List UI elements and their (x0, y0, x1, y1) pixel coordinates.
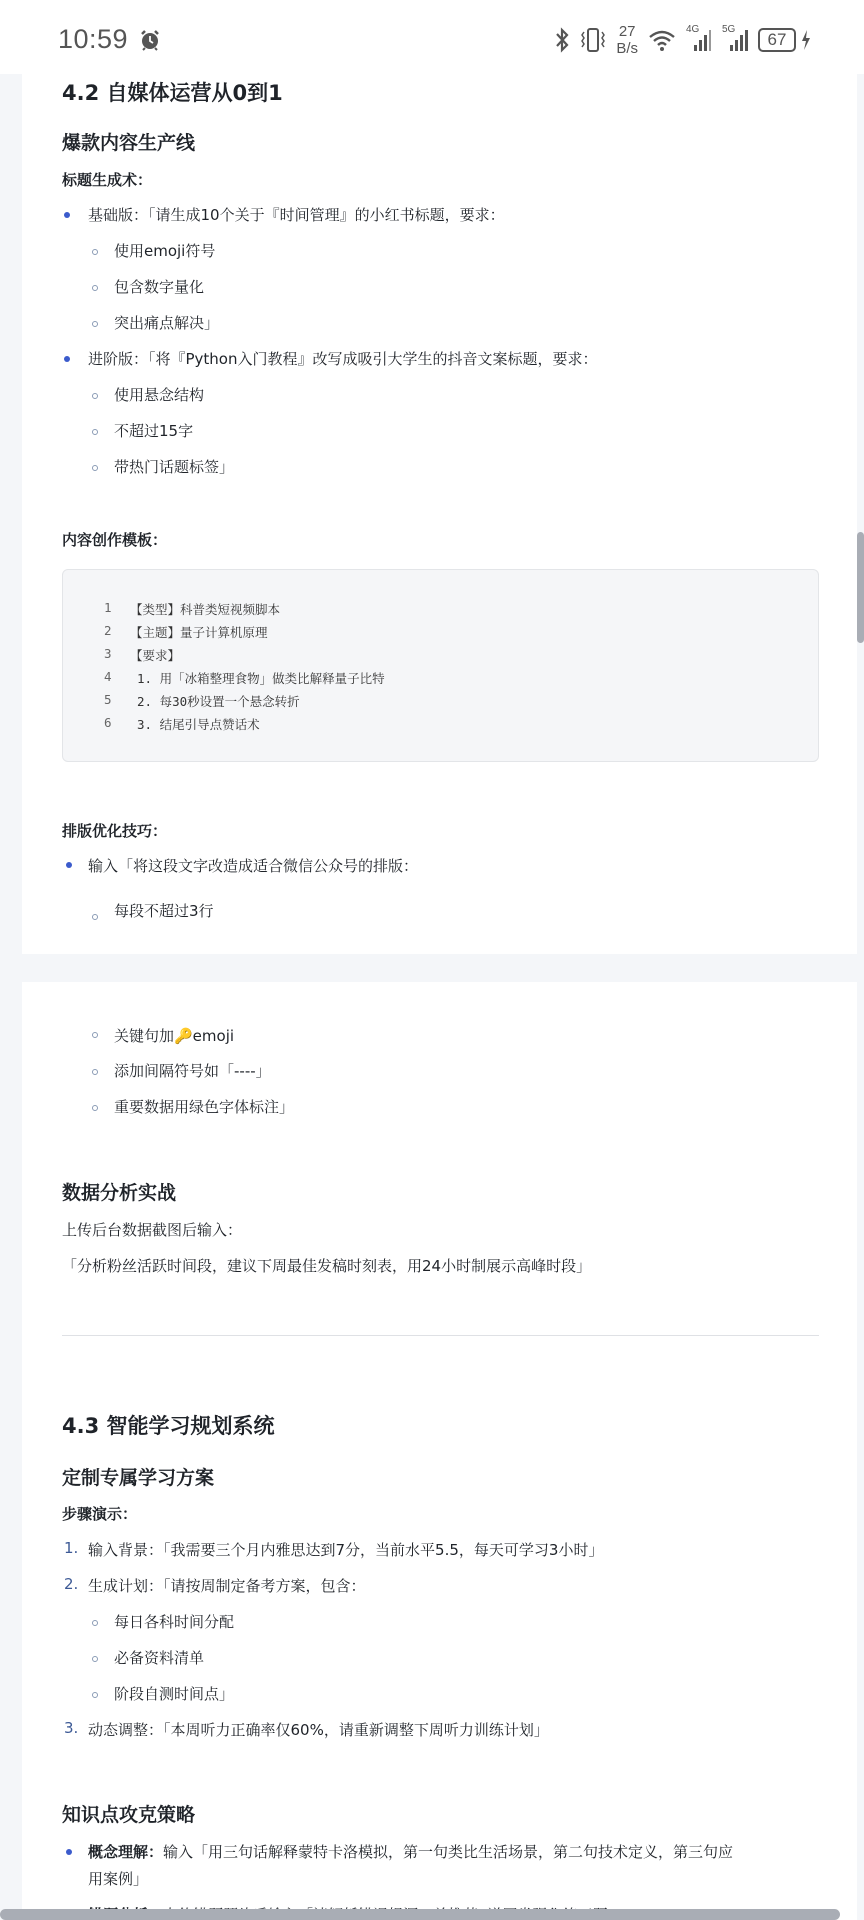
circle-bullet-icon (92, 393, 98, 399)
content-template-label: 内容创作模板： (62, 529, 167, 550)
steps-label: 步骤演示： (62, 1503, 137, 1524)
charging-icon (800, 28, 812, 52)
paragraph: 「分析粉丝活跃时间段，建议下周最佳发稿时刻表，用24小时制展示高峰时段」 (62, 1255, 591, 1276)
section-title-4-2: 4.2 自媒体运营从0到1 (62, 77, 283, 107)
circle-bullet-icon (92, 1620, 98, 1626)
code-line: 3. 结尾引导点赞话术 (137, 715, 260, 733)
code-line: 【类型】科普类短视频脚本 (130, 600, 280, 618)
subsection-title-data-analysis: 数据分析实战 (62, 1178, 176, 1205)
signal-5g: 5G (722, 28, 748, 52)
circle-bullet-icon (92, 1105, 98, 1111)
horizontal-scrollbar[interactable] (0, 1909, 840, 1920)
circle-bullet-icon (92, 1656, 98, 1662)
sub-list-item: 关键句加🔑emoji (114, 1025, 234, 1046)
vertical-scrollbar[interactable] (857, 532, 864, 643)
circle-bullet-icon (92, 465, 98, 471)
code-line: 【主题】量子计算机原理 (130, 623, 268, 641)
sub-list-item: 不超过15字 (114, 420, 193, 441)
bluetooth-icon (554, 27, 570, 53)
bullet-icon (64, 356, 70, 362)
code-block[interactable]: 1 【类型】科普类短视频脚本 2 【主题】量子计算机原理 3 【要求】 4 1.… (62, 569, 819, 762)
title-gen-label: 标题生成术： (62, 169, 152, 190)
net-speed: 27 B/s (616, 23, 638, 57)
list-number: 3. (64, 1719, 78, 1737)
circle-bullet-icon (92, 321, 98, 327)
sub-list-item: 包含数字量化 (114, 276, 204, 297)
list-number: 1. (64, 1539, 78, 1557)
sub-list-item: 阶段自测时间点」 (114, 1683, 234, 1704)
content-card-2 (22, 982, 857, 1920)
subsection-title-knowledge-strategy: 知识点攻克策略 (62, 1800, 195, 1827)
line-number: 5 (104, 692, 112, 707)
bullet-icon (66, 862, 72, 868)
list-item: 进阶版：「将『Python入门教程』改写成吸引大学生的抖音文案标题，要求： (88, 348, 598, 369)
subsection-title-viral-content: 爆款内容生产线 (62, 128, 195, 155)
wifi-icon (648, 28, 676, 52)
circle-bullet-icon (92, 1069, 98, 1075)
ordered-list-item: 动态调整：「本周听力正确率仅60%，请重新调整下周听力训练计划」 (88, 1719, 549, 1740)
status-bar: 10:59 27 B/s 4G (0, 0, 864, 74)
section-title-4-3: 4.3 智能学习规划系统 (62, 1410, 275, 1440)
list-item-text: 输入「用三句话解释蒙特卡洛模拟，第一句类比生活场景，第二句技术定义，第三句应 (163, 1843, 733, 1861)
clock-time: 10:59 (58, 24, 128, 55)
net-speed-value: 27 (619, 23, 636, 40)
status-icons: 27 B/s 4G 5G (554, 18, 812, 62)
alarm-clock-icon (139, 29, 161, 51)
sub-list-item: 必备资料清单 (114, 1647, 204, 1668)
vibrate-icon (580, 26, 606, 54)
list-item-continuation: 用案例」 (88, 1868, 148, 1889)
ordered-list-item: 生成计划：「请按周制定备考方案，包含： (88, 1575, 366, 1596)
ordered-list-item: 输入背景：「我需要三个月内雅思达到7分，当前水平5.5，每天可学习3小时」 (88, 1539, 603, 1560)
line-number: 2 (104, 623, 112, 638)
code-line: 2. 每30秒设置一个悬念转折 (137, 692, 300, 710)
circle-bullet-icon (92, 1032, 98, 1038)
network-label-5g: 5G (722, 24, 735, 35)
circle-bullet-icon (92, 1692, 98, 1698)
list-item: 基础版：「请生成10个关于『时间管理』的小红书标题，要求： (88, 204, 505, 225)
line-number: 6 (104, 715, 112, 730)
sub-list-item: 带热门话题标签」 (114, 456, 234, 477)
list-item-bold: 概念理解： (88, 1843, 163, 1861)
list-item: 概念理解：输入「用三句话解释蒙特卡洛模拟，第一句类比生活场景，第二句技术定义，第… (88, 1841, 733, 1862)
network-label-4g: 4G (686, 24, 699, 35)
code-line: 【要求】 (130, 646, 180, 664)
paragraph: 上传后台数据截图后输入： (62, 1219, 242, 1240)
circle-bullet-icon (92, 914, 98, 920)
divider (62, 1335, 819, 1336)
list-number: 2. (64, 1575, 78, 1593)
net-speed-unit: B/s (616, 40, 638, 57)
sub-list-item: 突出痛点解决」 (114, 312, 219, 333)
battery-level: 67 (768, 30, 787, 50)
list-item: 输入「将这段文字改造成适合微信公众号的排版： (88, 855, 418, 876)
subsection-title-learning-plan: 定制专属学习方案 (62, 1463, 214, 1490)
sub-list-item: 每日各科时间分配 (114, 1611, 234, 1632)
line-number: 4 (104, 669, 112, 684)
signal-4g: 4G (686, 28, 712, 52)
circle-bullet-icon (92, 285, 98, 291)
sub-list-item: 添加间隔符号如「----」 (114, 1060, 271, 1081)
circle-bullet-icon (92, 429, 98, 435)
sub-list-item: 使用emoji符号 (114, 240, 215, 261)
bullet-icon (66, 1849, 72, 1855)
sub-list-item: 每段不超过3行 (114, 900, 214, 921)
battery-icon: 67 (758, 28, 796, 52)
circle-bullet-icon (92, 249, 98, 255)
layout-tips-label: 排版优化技巧： (62, 820, 167, 841)
line-number: 1 (104, 600, 112, 615)
bullet-icon (64, 212, 70, 218)
sub-list-item: 重要数据用绿色字体标注」 (114, 1096, 294, 1117)
line-number: 3 (104, 646, 112, 661)
code-line: 1. 用「冰箱整理食物」做类比解释量子比特 (137, 669, 385, 687)
sub-list-item: 使用悬念结构 (114, 384, 204, 405)
